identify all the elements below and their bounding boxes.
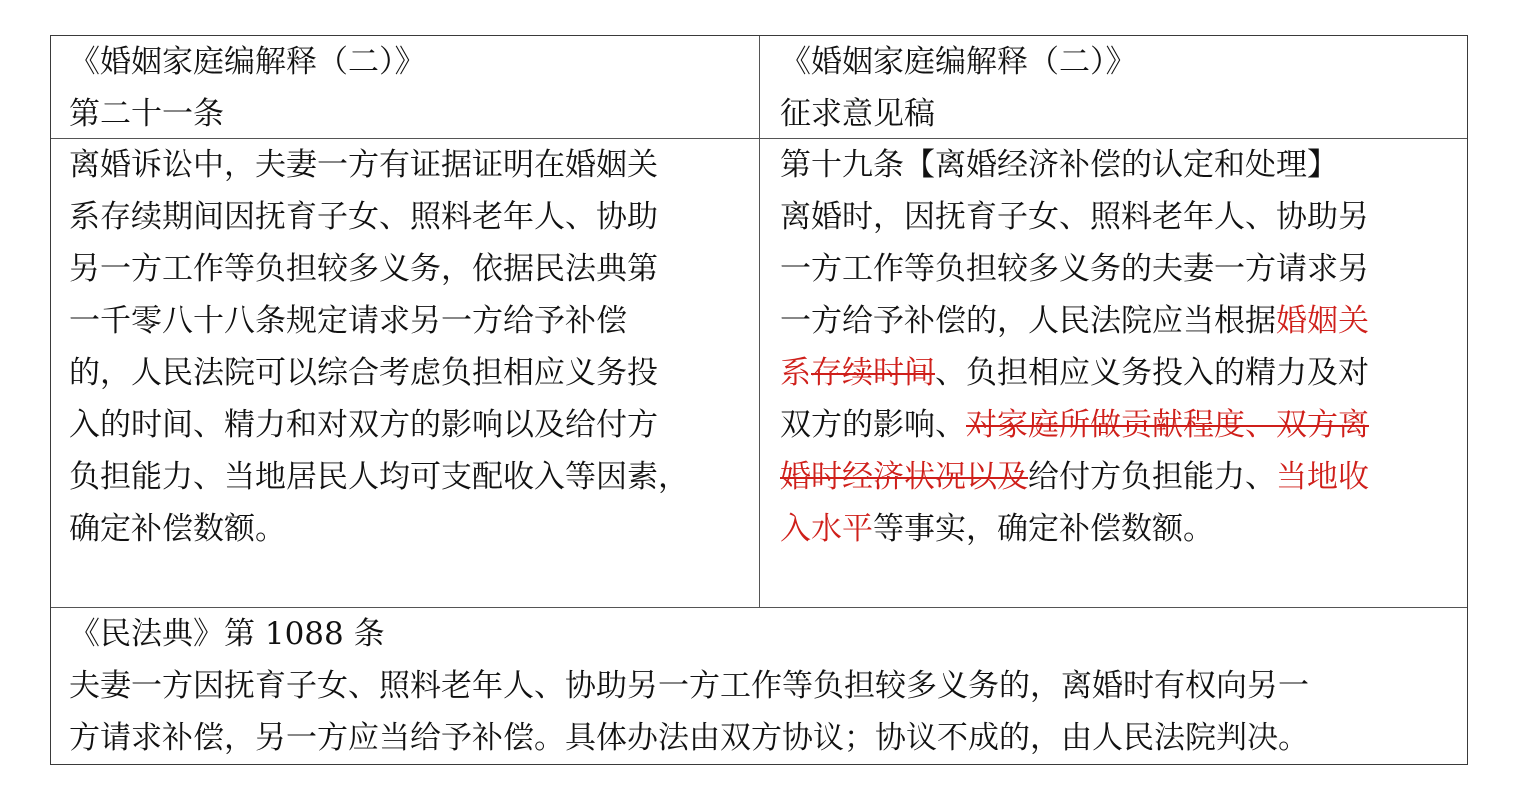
normal-text: 双方的影响、 [780, 407, 966, 443]
right-text-line: 离婚时，因抚育子女、照料老年人、协助另 [780, 191, 1467, 243]
normal-text: 一方给予补偿的，人民法院应当根据 [780, 303, 1276, 339]
footer-cell: 《民法典》第 1088 条 夫妻一方因抚育子女、照料老年人、协助另一方工作等负担… [51, 608, 1467, 764]
right-text-line: 系存续时间、负担相应义务投入的精力及对 [780, 347, 1467, 399]
body-cell-right: 第十九条【离婚经济补偿的认定和处理】 离婚时，因抚育子女、照料老年人、协助另 一… [760, 139, 1467, 607]
left-source-title: 《婚姻家庭编解释（二）》 [69, 36, 759, 88]
deleted-text: 存续时间 [811, 355, 935, 391]
right-text-line: 入水平等事实，确定补偿数额。 [780, 503, 1467, 555]
added-text: 入水平 [780, 511, 873, 547]
header-cell-right: 《婚姻家庭编解释（二）》 征求意见稿 [760, 36, 1467, 138]
body-cell-left: 离婚诉讼中，夫妻一方有证据证明在婚姻关 系存续期间因抚育子女、照料老年人、协助 … [51, 139, 760, 607]
added-text: 婚姻关 [1276, 303, 1369, 339]
right-article-heading: 第十九条【离婚经济补偿的认定和处理】 [780, 139, 1467, 191]
comparison-table: 《婚姻家庭编解释（二）》 第二十一条 《婚姻家庭编解释（二）》 征求意见稿 离婚… [50, 35, 1468, 765]
left-text-line: 另一方工作等负担较多义务，依据民法典第 [69, 243, 759, 295]
left-text-line: 一千零八十八条规定请求另一方给予补偿 [69, 295, 759, 347]
civil-code-text-line: 夫妻一方因抚育子女、照料老年人、协助另一方工作等负担较多义务的，离婚时有权向另一 [69, 660, 1467, 712]
left-text-line: 确定补偿数额。 [69, 503, 759, 555]
right-text-line: 一方给予补偿的，人民法院应当根据婚姻关 [780, 295, 1467, 347]
left-text-line: 系存续期间因抚育子女、照料老年人、协助 [69, 191, 759, 243]
deleted-text: 婚时经济状况以及 [780, 459, 1028, 495]
right-text-line: 一方工作等负担较多义务的夫妻一方请求另 [780, 243, 1467, 295]
left-text-line: 负担能力、当地居民人均可支配收入等因素， [69, 451, 759, 503]
added-text: 系 [780, 355, 811, 391]
civil-code-text-line: 方请求补偿，另一方应当给予补偿。具体办法由双方协议；协议不成的，由人民法院判决。 [69, 712, 1467, 764]
footer-row: 《民法典》第 1088 条 夫妻一方因抚育子女、照料老年人、协助另一方工作等负担… [51, 608, 1467, 764]
normal-text: 给付方负担能力、 [1028, 459, 1276, 495]
right-text-line: 双方的影响、对家庭所做贡献程度、双方离 [780, 399, 1467, 451]
civil-code-article-title: 《民法典》第 1088 条 [69, 608, 1467, 660]
left-article-number: 第二十一条 [69, 88, 759, 140]
left-text-line: 的，人民法院可以综合考虑负担相应义务投 [69, 347, 759, 399]
header-cell-left: 《婚姻家庭编解释（二）》 第二十一条 [51, 36, 760, 138]
left-text-line: 入的时间、精力和对双方的影响以及给付方 [69, 399, 759, 451]
right-text-line: 婚时经济状况以及给付方负担能力、当地收 [780, 451, 1467, 503]
added-text: 当地收 [1276, 459, 1369, 495]
body-row: 离婚诉讼中，夫妻一方有证据证明在婚姻关 系存续期间因抚育子女、照料老年人、协助 … [51, 139, 1467, 608]
right-draft-label: 征求意见稿 [780, 88, 1467, 140]
left-text-line: 离婚诉讼中，夫妻一方有证据证明在婚姻关 [69, 139, 759, 191]
header-row: 《婚姻家庭编解释（二）》 第二十一条 《婚姻家庭编解释（二）》 征求意见稿 [51, 36, 1467, 139]
normal-text: 、负担相应义务投入的精力及对 [935, 355, 1369, 391]
right-source-title: 《婚姻家庭编解释（二）》 [780, 36, 1467, 88]
deleted-text: 对家庭所做贡献程度、双方离 [966, 407, 1369, 443]
normal-text: 等事实，确定补偿数额。 [873, 511, 1214, 547]
